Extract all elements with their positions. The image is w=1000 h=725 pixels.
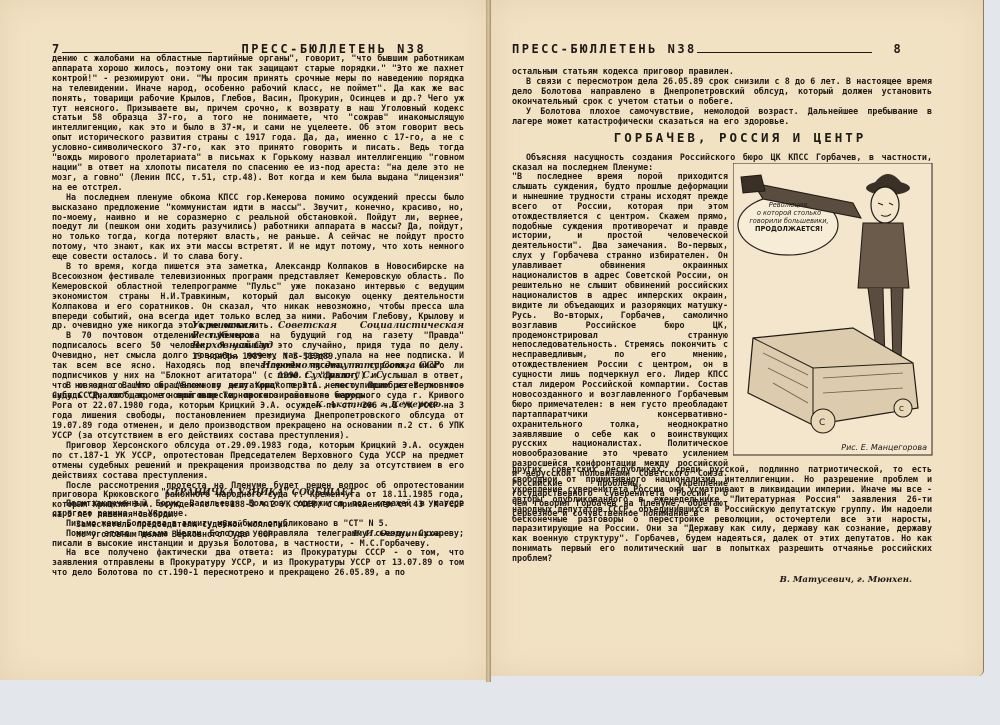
paragraph: В связи с Вашим обращением по делу Крицк… — [52, 381, 464, 440]
bubble-line: Революция, — [749, 201, 829, 209]
letter-addressee-1: Народному депутату Союза ССР — [52, 362, 464, 372]
paragraph: Приговор Херсонского облсуда от.29.09.19… — [52, 441, 464, 481]
letter-heading-1: Украинская Советская Социалистическая Ре… — [52, 322, 464, 342]
right-running-header: ПРЕСС-БЮЛЛЕТЕНЬ N38 8 — [512, 42, 903, 56]
signature-matusevich: В. Матусевич, г. Мюнхен. — [512, 576, 932, 586]
paragraph: У Болотова плохое самочувствие, немолодо… — [512, 107, 932, 127]
svg-text:С: С — [899, 405, 904, 413]
article-prisoner-continuation: остальным статьям кодекса приговор прави… — [512, 67, 932, 126]
paragraph: Помимо этого письма Нелли Болотова напра… — [52, 529, 464, 549]
article-full-width-text: других советских республиках, среди русс… — [512, 465, 932, 586]
cartoon-caption: Рис. Е. Манцегорова — [841, 443, 927, 452]
paragraph: других советских республиках, среди русс… — [512, 465, 932, 564]
svg-text:С: С — [819, 418, 825, 428]
page-gutter — [486, 0, 491, 682]
paragraph: дению с жалобами на областные партийные … — [52, 54, 464, 193]
bubble-line: ПРОДОЛЖАЕТСЯ! — [749, 225, 829, 233]
right-page-number: 8 — [894, 42, 904, 56]
bubble-line: говорили большевики, — [749, 217, 829, 225]
paragraph: В связи с пересмотром дела 26.05.89 срок… — [512, 77, 932, 107]
article-title-gorbachev: ГОРБАЧЕВ, РОССИЯ И ЦЕНТР — [540, 130, 940, 145]
right-header-title: ПРЕСС-БЮЛЛЕТЕНЬ N38 — [512, 42, 697, 56]
bubble-line: о которой столько — [749, 209, 829, 217]
header-rule — [697, 52, 872, 53]
cartoon-illustration: С С Революция, о которой столько говорил… — [733, 163, 933, 456]
paragraph: Политзаключенный Борис Васильевич Болото… — [52, 499, 464, 519]
article-prisoner-page: "СТРАНИЧКА УЗНИКА" СООБЩАЕТ Политзаключе… — [52, 489, 464, 578]
paragraph: На последнем пленуме обкома КПСС гор.Кем… — [52, 193, 464, 262]
speech-bubble-text: Революция, о которой столько говорили бо… — [749, 201, 829, 233]
paragraph: На все полученo фактически два ответа: и… — [52, 548, 464, 578]
